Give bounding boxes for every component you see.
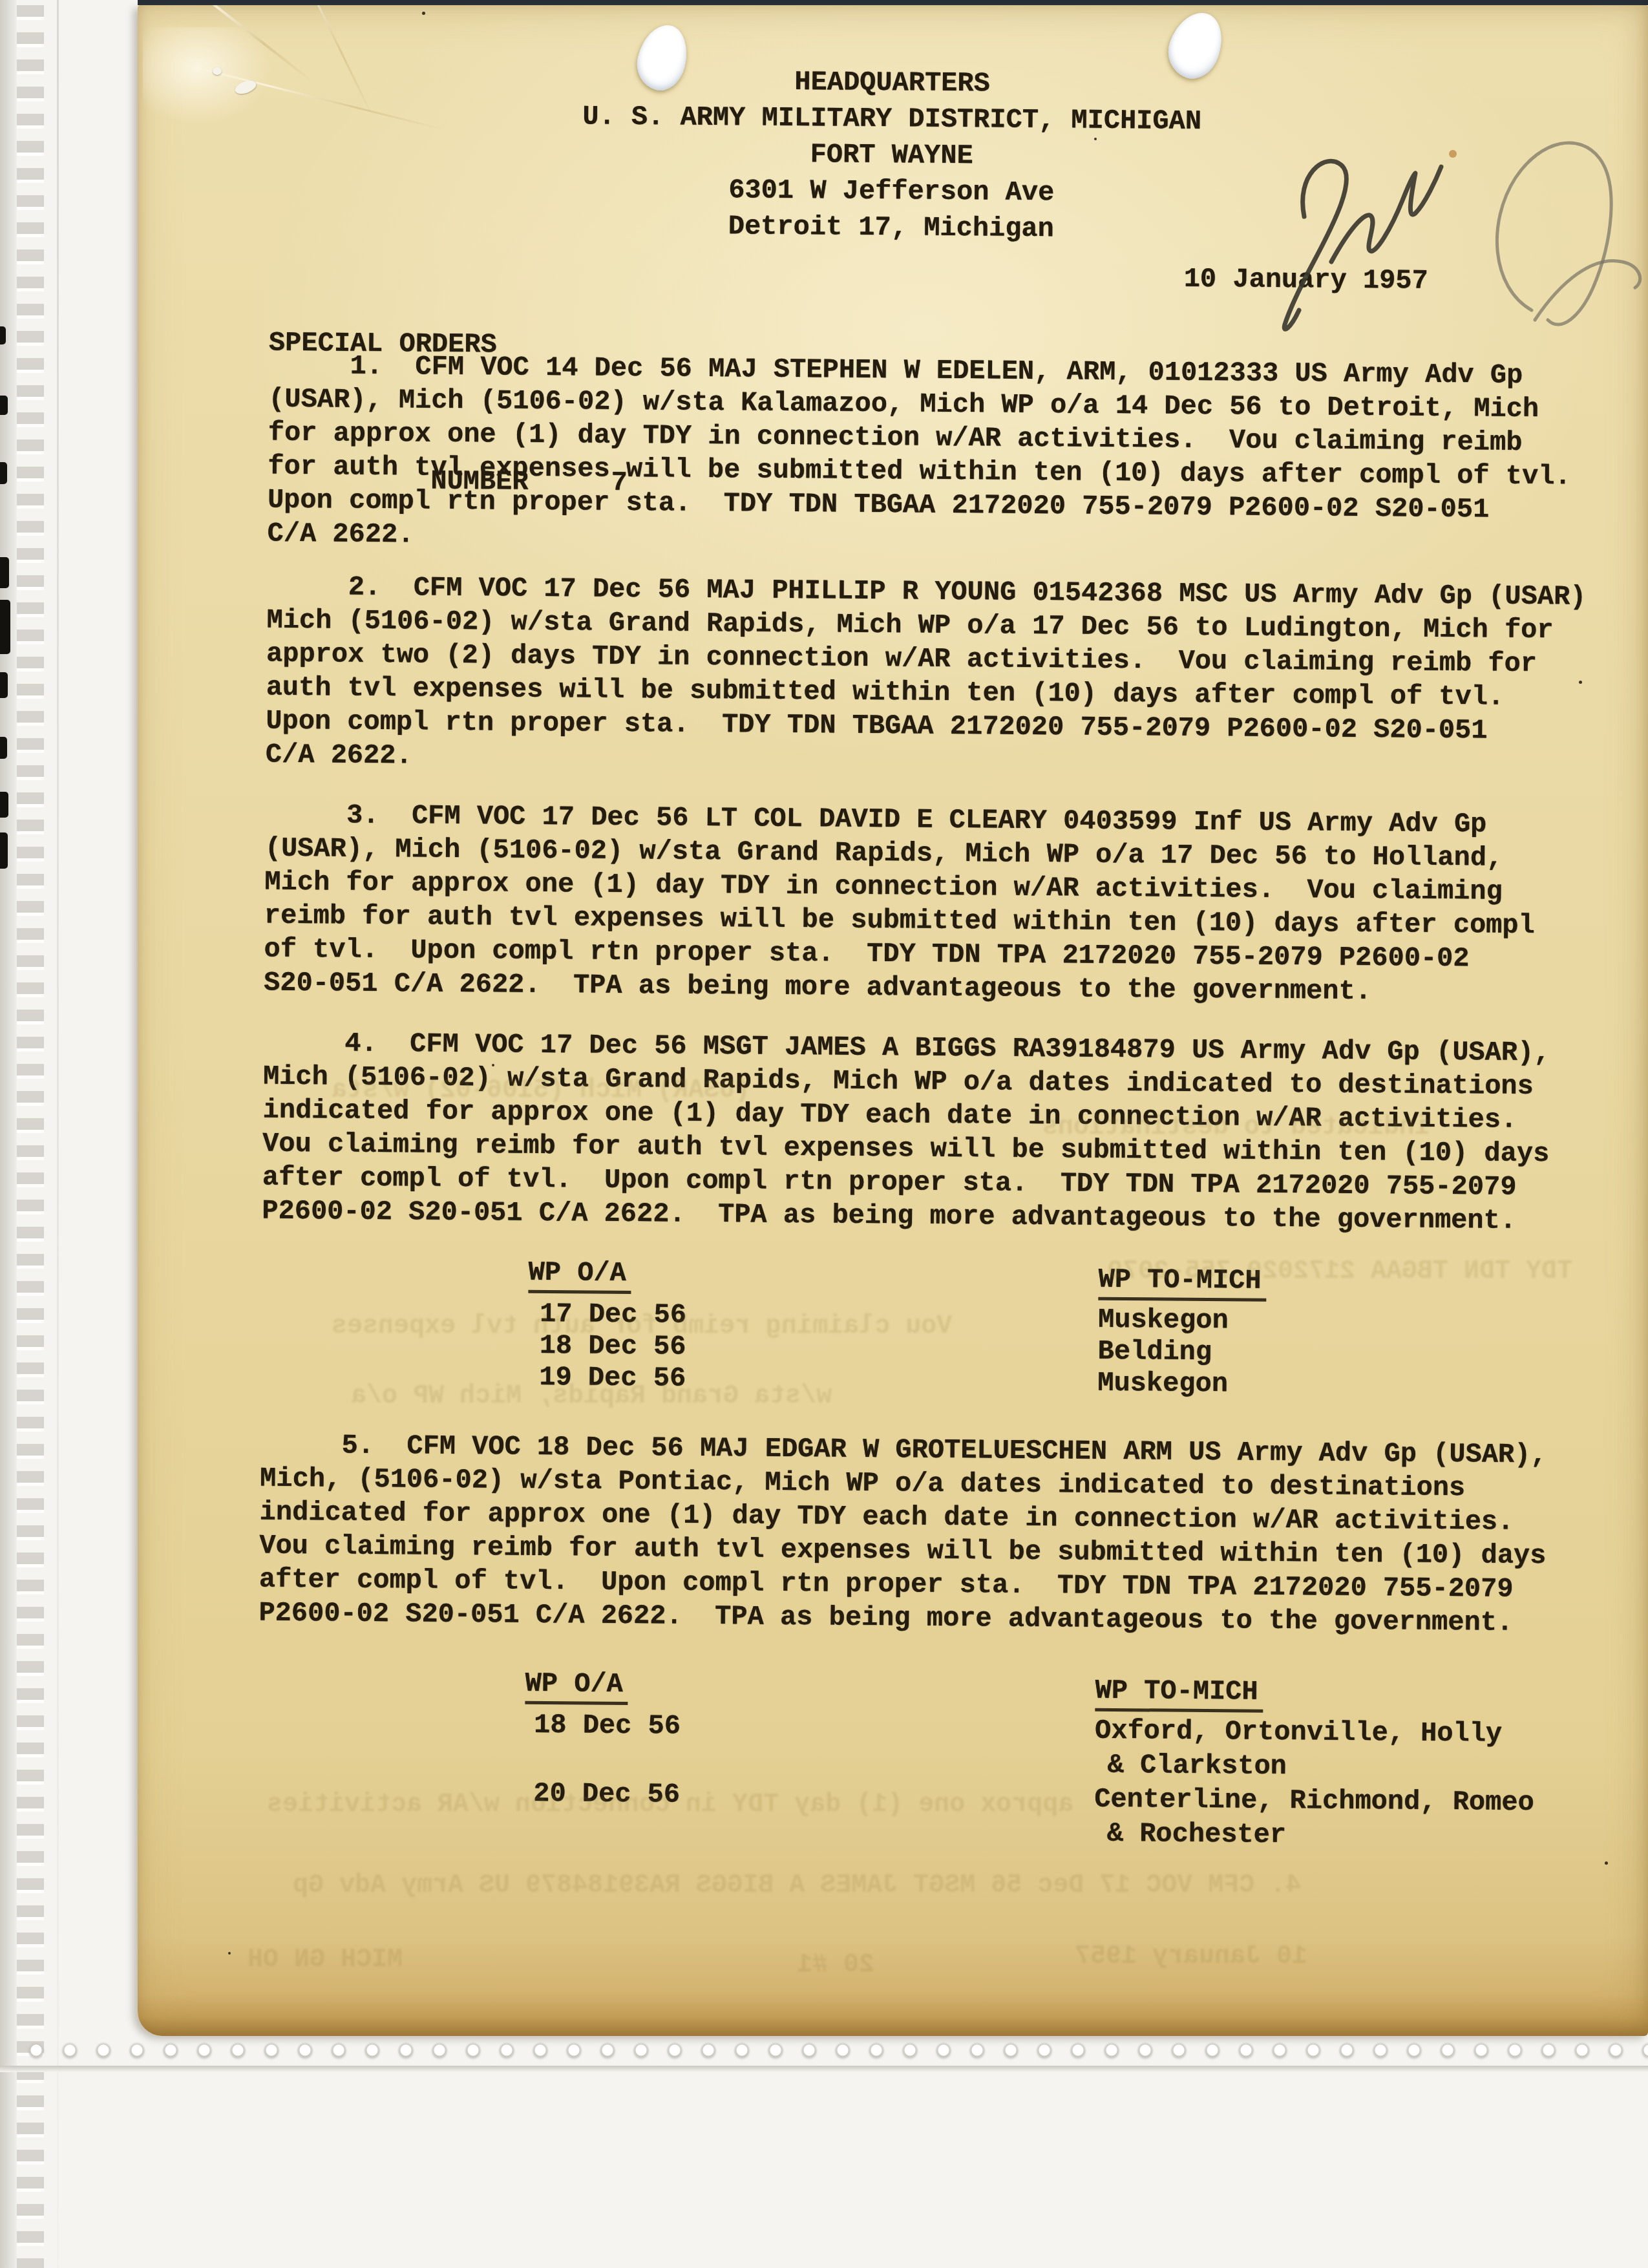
spine-print-mark [0, 832, 8, 869]
protector-seam-bumps [19, 2039, 1648, 2061]
scan-dark-edge [138, 0, 1648, 5]
spine-print-mark [0, 557, 9, 588]
wp-destination: Muskegon [1098, 1304, 1229, 1337]
spine-print-mark [0, 462, 7, 484]
wp-destination: & Clarkston [1094, 1748, 1534, 1786]
spine-print-mark [0, 326, 6, 344]
wp-to-mich-header: WP TO-MICH [1095, 1674, 1263, 1709]
handwritten-annotations [1228, 97, 1648, 355]
protector-seam-line [0, 2066, 1648, 2072]
protector-binding-ribs [17, 0, 44, 2268]
spine-print-mark [0, 600, 10, 654]
wp-destination: & Rochester [1094, 1817, 1534, 1854]
dust-speck [422, 12, 425, 15]
bleedthrough-ghost-text: approx one (1) day TDY in connection w/A… [267, 1789, 1073, 1821]
ink-initials [1284, 161, 1346, 329]
document-page: HEADQUARTERSU. S. ARMY MILITARY DISTRICT… [138, 5, 1648, 2036]
wp-date-column: 18 Dec 56 20 Dec 56 [533, 1708, 681, 1847]
bleedthrough-ghost-text: (USAR) Mich (5106-02) w/sta [332, 1075, 750, 1107]
wp-destination-column: Oxford, Ortonville, Holly& ClarkstonCent… [1094, 1714, 1535, 1854]
rust-speck [1449, 150, 1457, 158]
order-paragraph-3: 3. CFM VOC 17 Dec 56 LT COL DAVID E CLEA… [264, 798, 1617, 1010]
spine-print-mark [0, 396, 8, 415]
wp-destination: Muskegon [1097, 1368, 1228, 1401]
scanned-document: HEADQUARTERSU. S. ARMY MILITARY DISTRICT… [0, 0, 1648, 2268]
wp-date: 18 Dec 56 [534, 1708, 681, 1744]
itinerary-table-2: WP O/A WP TO-MICH 18 Dec 56 20 Dec 56 Ox… [525, 1667, 1624, 1675]
bleedthrough-ghost-text: indicated to destinations [1042, 1112, 1430, 1144]
dust-speck [1094, 138, 1097, 140]
bleedthrough-ghost-text: TDY TDN TBGAA 2172020 755-2079 [1107, 1256, 1572, 1288]
wp-destination-column: MuskegonBeldingMuskegon [1097, 1304, 1229, 1401]
dust-speck [1579, 681, 1582, 684]
spine-print-mark [0, 737, 7, 759]
wp-destination: Centerline, Richmond, Romeo [1094, 1783, 1534, 1820]
spacer [533, 1743, 680, 1778]
wp-oa-header: WP O/A [528, 1256, 631, 1290]
bleedthrough-ghost-text: MICH GN OH [248, 1944, 403, 1977]
bleedthrough-ghost-text: 10 January 1957 [1075, 1941, 1307, 1973]
protector-fold-line [57, 0, 59, 2268]
spine-print-mark [0, 792, 8, 818]
dust-speck [1605, 1861, 1608, 1865]
spine-print-mark [0, 672, 8, 698]
order-paragraph-2: 2. CFM VOC 17 Dec 56 MAJ PHILLIP R YOUNG… [266, 570, 1619, 782]
bleedthrough-ghost-text: 20 #1 [797, 1949, 874, 1982]
paper-bottom-shade [138, 1995, 1648, 2036]
dust-speck [228, 1952, 231, 1955]
wp-destination: Belding [1097, 1336, 1228, 1369]
order-paragraph-5: 5. CFM VOC 18 Dec 56 MAJ EDGAR W GROTELU… [259, 1428, 1612, 1640]
wp-destination: Oxford, Ortonville, Holly [1095, 1714, 1535, 1752]
pencil-initials [1535, 260, 1640, 320]
bleedthrough-ghost-text: w/sta Grand Rapids, Mich WP o/a [351, 1381, 832, 1413]
order-paragraph-1: 1. CFM VOC 14 Dec 56 MAJ STEPHEN W EDELE… [267, 349, 1620, 561]
wp-oa-header: WP O/A [525, 1667, 628, 1701]
bleedthrough-ghost-text: Vou claiming reimb for auth tvl expenses [332, 1311, 952, 1343]
bleedthrough-ghost-text: 4. CFM VOC 17 Dec 56 MSGT JAMES A BIGGS … [293, 1870, 1301, 1902]
dust-speck [492, 1064, 494, 1066]
